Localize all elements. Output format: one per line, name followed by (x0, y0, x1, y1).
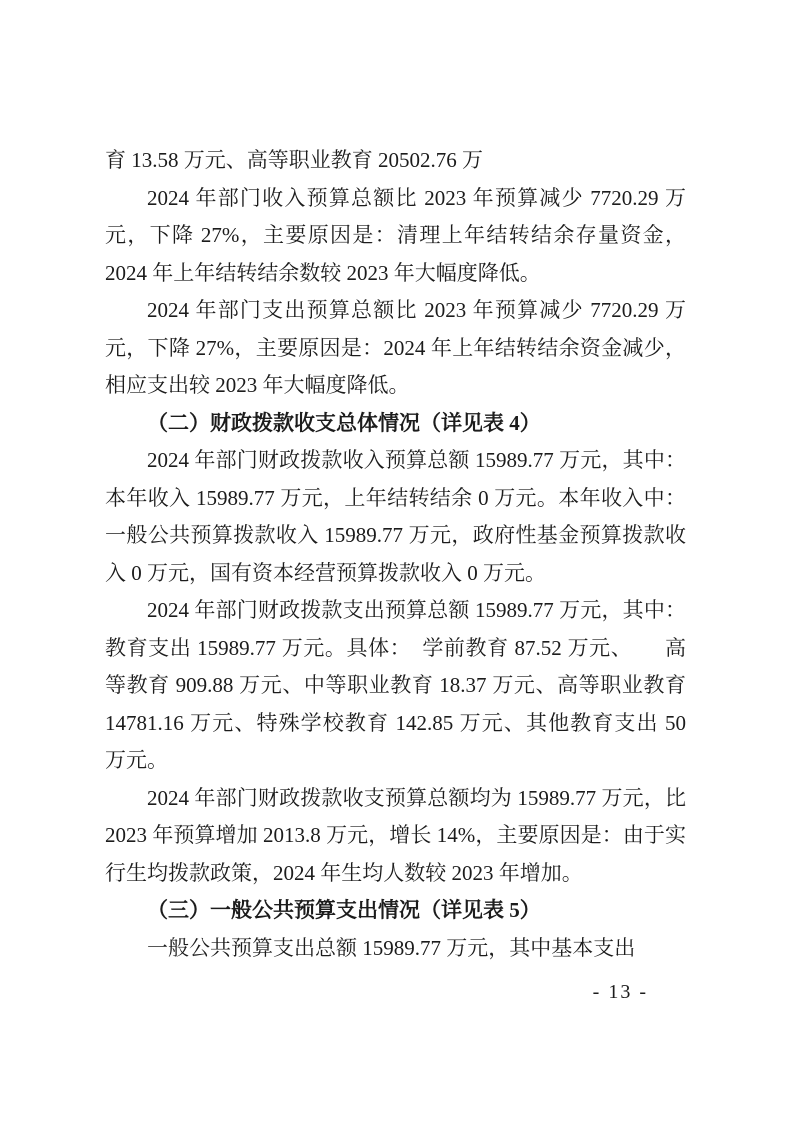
section-heading-fiscal-appropriation: （二）财政拨款收支总体情况（详见表 4） (105, 405, 686, 443)
document-page: 育 13.58 万元、高等职业教育 20502.76 万 2024 年部门收入预… (0, 0, 793, 1122)
paragraph-income-budget-change: 2024 年部门收入预算总额比 2023 年预算减少 7720.29 万元，下降… (105, 180, 686, 293)
paragraph-expenditure-budget-change: 2024 年部门支出预算总额比 2023 年预算减少 7720.29 万元，下降… (105, 292, 686, 405)
paragraph-fiscal-appropriation-income: 2024 年部门财政拨款收入预算总额 15989.77 万元，其中：本年收入 1… (105, 442, 686, 592)
paragraph-fiscal-appropriation-total: 2024 年部门财政拨款收支预算总额均为 15989.77 万元，比 2023 … (105, 780, 686, 893)
paragraph-continuation: 育 13.58 万元、高等职业教育 20502.76 万 (105, 142, 686, 180)
page-number: - 13 - (593, 981, 648, 1004)
section-heading-general-public-budget: （三）一般公共预算支出情况（详见表 5） (105, 892, 686, 930)
paragraph-fiscal-appropriation-expenditure: 2024 年部门财政拨款支出预算总额 15989.77 万元，其中：教育支出 1… (105, 592, 686, 780)
document-body: 育 13.58 万元、高等职业教育 20502.76 万 2024 年部门收入预… (105, 142, 686, 967)
paragraph-general-public-budget-total: 一般公共预算支出总额 15989.77 万元，其中基本支出 (105, 930, 686, 968)
